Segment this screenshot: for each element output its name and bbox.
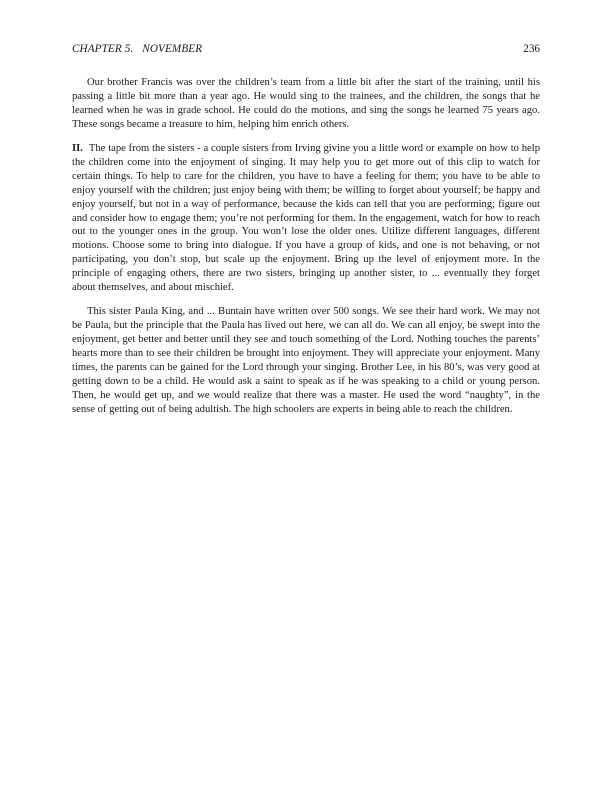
section-label: II. [72, 143, 83, 154]
paragraph-paula-king: This sister Paula King, and ... Buntain … [72, 305, 540, 416]
document-page: CHAPTER 5.NOVEMBER 236 Our brother Franc… [72, 43, 540, 427]
paragraph-text: Our brother Francis was over the childre… [72, 77, 540, 130]
running-header: CHAPTER 5.NOVEMBER 236 [72, 43, 540, 56]
paragraph-francis: Our brother Francis was over the childre… [72, 76, 540, 132]
chapter-heading: CHAPTER 5.NOVEMBER [72, 43, 202, 56]
paragraph-text: The tape from the sisters - a couple sis… [72, 143, 540, 293]
page-number: 236 [523, 43, 540, 56]
chapter-label: CHAPTER 5. [72, 43, 133, 55]
chapter-title: NOVEMBER [142, 43, 202, 55]
paragraph-text: This sister Paula King, and ... Buntain … [72, 306, 540, 414]
body-text: Our brother Francis was over the childre… [72, 76, 540, 417]
paragraph-section-ii: II.The tape from the sisters - a couple … [72, 142, 540, 295]
